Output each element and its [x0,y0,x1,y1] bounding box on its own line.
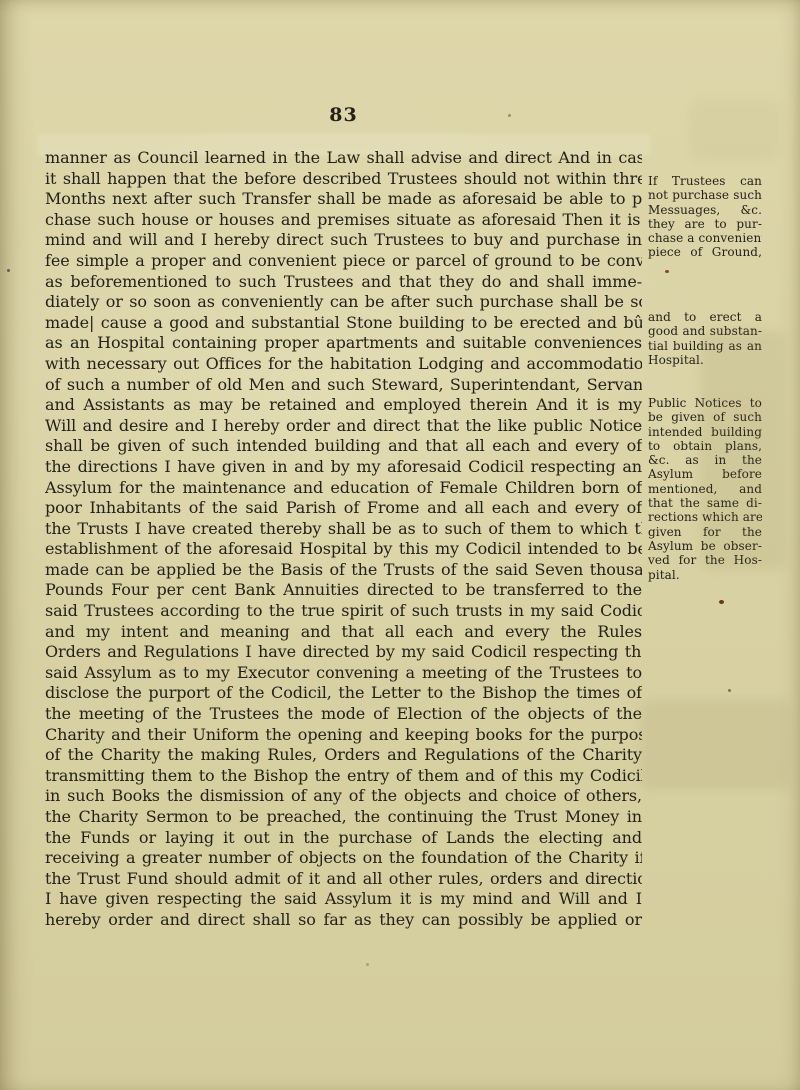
text-line: Pounds Four per cent Bank Annuities dire… [45,580,642,601]
text-line: made can be applied be the Basis of the … [45,560,642,581]
margin-notes: If Trustees cannot purchase suchMessuage… [648,0,762,1090]
margin-note-line: given for the [648,525,762,539]
text-line: chase such house or houses and premises … [45,210,642,231]
margin-note-line: mentioned, and [648,482,762,496]
ink-speck [366,963,369,966]
page-number: 83 [45,104,642,126]
text-line: manner as Council learned in the Law sha… [45,148,642,169]
margin-note-line: piece of Ground, [648,245,762,259]
margin-note-line: that the same di- [648,496,762,510]
text-line: as beforementioned to such Trustees and … [45,272,642,293]
text-line: the Funds or laying it out in the purcha… [45,828,642,849]
margin-note-line: Hospital. [648,353,762,367]
text-line: the meeting of the Trustees the mode of … [45,704,642,725]
book-page: 83 manner as Council learned in the Law … [0,0,800,1090]
text-line: of such a number of old Men and such Ste… [45,375,642,396]
text-line: in such Books the dismission of any of t… [45,786,642,807]
text-line: receiving a greater number of objects on… [45,848,642,869]
margin-note-line: intended building [648,425,762,439]
text-line: Months next after such Transfer shall be… [45,189,642,210]
text-line: poor Inhabitants of the said Parish of F… [45,498,642,519]
margin-note-line: Public Notices to [648,396,762,410]
text-line: fee simple a proper and convenient piece… [45,251,642,272]
text-line: diately or so soon as conveniently can b… [45,292,642,313]
margin-note-line: chase a convenient [648,231,762,245]
text-line: hereby order and direct shall so far as … [45,910,642,931]
text-line: made| cause a good and substantial Stone… [45,313,642,334]
text-line: the directions I have given in and by my… [45,457,642,478]
text-line: and my intent and meaning and that all e… [45,622,642,643]
text-line: establishment of the aforesaid Hospital … [45,539,642,560]
text-line: I have given respecting the said Assylum… [45,889,642,910]
margin-note-line: Asylum before [648,467,762,481]
text-line: of the Charity the making Rules, Orders … [45,745,642,766]
margin-note-line: tial building as an [648,339,762,353]
text-line: it shall happen that the before describe… [45,169,642,190]
text-line: mind and will and I hereby direct such T… [45,230,642,251]
text-line: Charity and their Uniform the opening an… [45,725,642,746]
margin-note-line: Asylum be obser- [648,539,762,553]
margin-note-line: and to erect a [648,310,762,324]
text-line: Assylum for the maintenance and educatio… [45,478,642,499]
text-line: as an Hospital containing proper apartme… [45,333,642,354]
body-text: manner as Council learned in the Law sha… [45,148,642,931]
text-line: transmitting them to the Bishop the entr… [45,766,642,787]
margin-note-line: good and substan- [648,324,762,338]
text-line: the Charity Sermon to be preached, the c… [45,807,642,828]
margin-note-1: If Trustees cannot purchase suchMessuage… [648,174,762,260]
margin-note-line: be given of such [648,410,762,424]
margin-note-line: &c. as in the [648,453,762,467]
margin-note-line: If Trustees can [648,174,762,188]
text-line: shall be given of such intended building… [45,436,642,457]
text-line: Orders and Regulations I have directed b… [45,642,642,663]
margin-note-line: they are to pur- [648,217,762,231]
margin-note-line: rections which are [648,510,762,524]
text-line: and Assistants as may be retained and em… [45,395,642,416]
margin-note-3: Public Notices tobe given of suchintende… [648,396,762,582]
text-line: Will and desire and I hereby order and d… [45,416,642,437]
margin-note-line: not purchase such [648,188,762,202]
text-line: said Assylum as to my Executor convening… [45,663,642,684]
text-line: the Trusts I have created thereby shall … [45,519,642,540]
margin-note-line: to obtain plans, [648,439,762,453]
ink-speck [7,269,10,272]
margin-note-line: ved for the Hos- [648,553,762,567]
text-line: disclose the purport of the Codicil, the… [45,683,642,704]
text-line: the Trust Fund should admit of it and al… [45,869,642,890]
text-line: said Trustees according to the true spir… [45,601,642,622]
margin-note-2: and to erect agood and substan-tial buil… [648,310,762,367]
margin-note-line: Messuages, &c. [648,203,762,217]
margin-note-line: pital. [648,568,762,582]
text-line: with necessary out Offices for the habit… [45,354,642,375]
